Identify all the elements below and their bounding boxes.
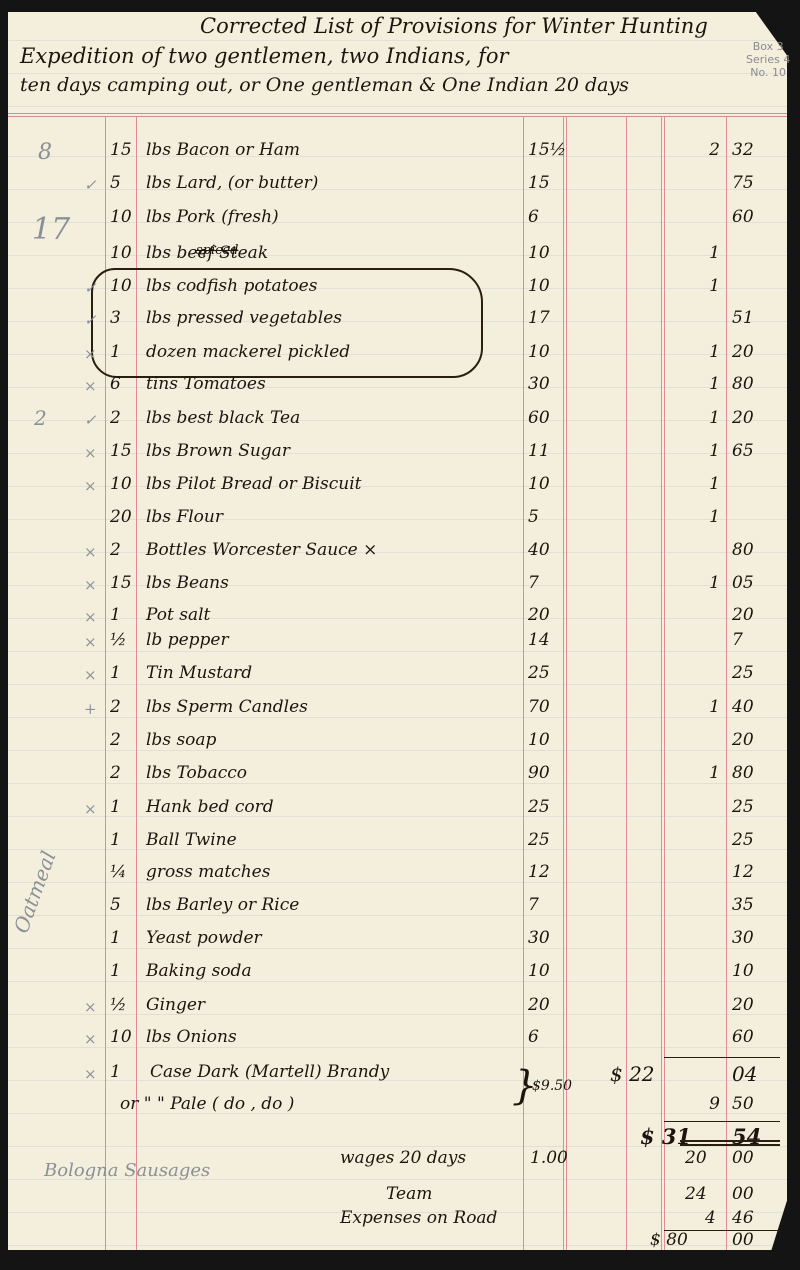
item-qty: 1 (110, 1062, 121, 1082)
item-cents: 25 (732, 830, 754, 850)
item-rate: 15½ (528, 140, 566, 160)
item-cents: 20 (732, 408, 754, 428)
item-cents: 80 (732, 374, 754, 394)
item-desc: lbs best black Tea (146, 408, 300, 428)
item-rate: 10 (528, 276, 550, 296)
brandy-line-2: or " " Pale ( do , do ) 9 50 (0, 1094, 800, 1124)
item-cents: 40 (732, 697, 754, 717)
item-qty: 20 (110, 507, 132, 527)
extra-dollars: 20 (685, 1148, 707, 1168)
item-cents: 25 (732, 797, 754, 817)
tally-mark: ✓ (84, 311, 97, 329)
brandy-price: $9.50 (532, 1078, 572, 1094)
tally-mark: ✓ (84, 176, 97, 194)
list-item: 2lbs soap1020 (0, 730, 800, 760)
list-item: ×1Tin Mustard2525 (0, 663, 800, 693)
item-qty: 5 (110, 895, 121, 915)
list-item: ✓3lbs pressed vegetables1751 (0, 308, 800, 338)
item-cents: 51 (732, 308, 754, 328)
item-desc: tins Tomatoes (146, 374, 266, 394)
item-qty: 2 (110, 697, 121, 717)
item-rate: 25 (528, 797, 550, 817)
item-desc: lbs Tobacco (146, 763, 247, 783)
item-dollars: 1 (700, 507, 720, 527)
item-qty: 15 (110, 441, 132, 461)
list-item: ×15lbs Beans7105 (0, 573, 800, 603)
list-item: 1Yeast powder3030 (0, 928, 800, 958)
list-item: 1Baking soda1010 (0, 961, 800, 991)
item-rate: 10 (528, 243, 550, 263)
item-cents: 35 (732, 895, 754, 915)
item-dollars: 1 (700, 441, 720, 461)
item-desc: lbs Sperm Candles (146, 697, 308, 717)
item-rate: 40 (528, 540, 550, 560)
double-rule (680, 1144, 780, 1146)
archive-label: Box 3 Series 4 No. 10 (746, 40, 790, 79)
grand-total: $ 80 00 (0, 1230, 800, 1260)
list-item: ×6tins Tomatoes30180 (0, 374, 800, 404)
item-qty: 15 (110, 140, 132, 160)
item-desc: Ginger (146, 995, 205, 1015)
title-line-3: ten days camping out, or One gentleman &… (20, 74, 629, 96)
item-cents: 80 (732, 763, 754, 783)
item-dollars: 1 (700, 573, 720, 593)
extra-label: Team (386, 1184, 432, 1204)
list-item: ¼gross matches1212 (0, 862, 800, 892)
item-rate: 60 (528, 408, 550, 428)
archive-number: No. 10 (746, 66, 790, 79)
item-cents: 25 (732, 663, 754, 683)
item-cents: 12 (732, 862, 754, 882)
item-desc: Case Dark (Martell) Brandy (150, 1062, 389, 1082)
list-item: ×1Hank bed cord2525 (0, 797, 800, 827)
list-item: ×2Bottles Worcester Sauce ×4080 (0, 540, 800, 570)
tally-mark: ✓ (84, 279, 97, 297)
item-rate: 7 (528, 573, 539, 593)
item-rate: 15 (528, 173, 550, 193)
item-rate: 90 (528, 763, 550, 783)
subtotal-rule (664, 1057, 780, 1058)
title-line-2: Expedition of two gentlemen, two Indians… (20, 44, 509, 68)
extra-label: Expenses on Road (340, 1208, 497, 1228)
extra-label: wages 20 days (340, 1148, 466, 1168)
item-dollars: 2 (700, 140, 720, 160)
header-rule-top (8, 113, 787, 114)
item-cents: 7 (732, 630, 743, 650)
item-rate: 30 (528, 928, 550, 948)
item-rate: 14 (528, 630, 550, 650)
tally-mark: × (84, 576, 97, 594)
item-cents: 65 (732, 441, 754, 461)
item-desc: lbs Bacon or Ham (146, 140, 300, 160)
item-cents: 20 (732, 342, 754, 362)
list-item: ×15lbs Brown Sugar11165 (0, 441, 800, 471)
item-rate: 7 (528, 895, 539, 915)
list-item: ✓5lbs Lard, (or butter)1575 (0, 173, 800, 203)
list-item: ×½lb pepper147 (0, 630, 800, 660)
item-desc: lbs Lard, (or butter) (146, 173, 318, 193)
tally-mark: × (84, 666, 97, 684)
item-rate: 10 (528, 474, 550, 494)
item-qty: 10 (110, 207, 132, 227)
item-cents: 20 (732, 995, 754, 1015)
item-qty: 10 (110, 1027, 132, 1047)
tally-mark: × (84, 1065, 97, 1083)
grand-total-dollars: $ 80 (650, 1230, 688, 1250)
item-cents: 75 (732, 173, 754, 193)
item-qty: 2 (110, 540, 121, 560)
item-cents: 60 (732, 1027, 754, 1047)
item-rate: 30 (528, 374, 550, 394)
item-desc: Baking soda (146, 961, 252, 981)
item-rate: 10 (528, 961, 550, 981)
item-qty: 1 (110, 961, 121, 981)
item-desc: lb pepper (146, 630, 229, 650)
item-dollars: 1 (700, 697, 720, 717)
item-rate: 10 (528, 342, 550, 362)
item-rate: 6 (528, 1027, 539, 1047)
list-item: 10lbs Pork (fresh)660 (0, 207, 800, 237)
subtotal-cents: 04 (732, 1062, 757, 1086)
list-item: 10spicedlbs beef Steak101 (0, 243, 800, 273)
item-qty: 3 (110, 308, 121, 328)
item-rate: 20 (528, 995, 550, 1015)
item-dollars: 1 (700, 474, 720, 494)
item-qty: 1 (110, 663, 121, 683)
double-rule (680, 1140, 780, 1142)
item-desc: lbs beef Steak (146, 243, 268, 263)
archive-series: Series 4 (746, 53, 790, 66)
item-rate: 12 (528, 862, 550, 882)
item-qty: 10 (110, 276, 132, 296)
item-cents: 80 (732, 540, 754, 560)
item-qty: ½ (110, 630, 126, 650)
item-rate: 17 (528, 308, 550, 328)
item-qty: 1 (110, 928, 121, 948)
extra-rate: 1.00 (530, 1148, 568, 1168)
item-qty: 1 (110, 797, 121, 817)
title-line-1: Corrected List of Provisions for Winter … (200, 14, 708, 38)
item-desc: Pot salt (146, 605, 210, 625)
item-qty: 2 (110, 763, 121, 783)
extra-cents: 46 (732, 1208, 754, 1228)
item-rate: 5 (528, 507, 539, 527)
item-qty: 2 (110, 408, 121, 428)
item-qty: 5 (110, 173, 121, 193)
item-rate: 70 (528, 697, 550, 717)
item-dollars: 1 (700, 408, 720, 428)
item-qty: 2 (110, 730, 121, 750)
list-item: ×1dozen mackerel pickled10120 (0, 342, 800, 372)
item-qty: ½ (110, 995, 126, 1015)
item-desc: lbs Brown Sugar (146, 441, 290, 461)
item-desc: lbs soap (146, 730, 216, 750)
item-dollars: 1 (700, 763, 720, 783)
tally-mark: × (84, 444, 97, 462)
item-rate: 25 (528, 830, 550, 850)
tally-mark: × (84, 345, 97, 363)
item-qty: ¼ (110, 862, 126, 882)
tally-mark: × (84, 998, 97, 1016)
list-item: 20lbs Flour51 (0, 507, 800, 537)
item-qty: 6 (110, 374, 121, 394)
tally-mark: × (84, 800, 97, 818)
item-desc: Bottles Worcester Sauce × (146, 540, 377, 560)
item-qty: 1 (110, 342, 121, 362)
brandy-dollars: 9 (700, 1094, 720, 1114)
item-dollars: 1 (700, 374, 720, 394)
list-item: ×½Ginger2020 (0, 995, 800, 1025)
item-qty: 10 (110, 474, 132, 494)
tally-mark: × (84, 633, 97, 651)
extra-dollars: 4 (705, 1208, 716, 1228)
item-cents: 10 (732, 961, 754, 981)
extra-cents: 00 (732, 1148, 754, 1168)
tally-mark: × (84, 543, 97, 561)
list-item: 15lbs Bacon or Ham15½232 (0, 140, 800, 170)
tally-mark: × (84, 608, 97, 626)
list-item: 5lbs Barley or Rice735 (0, 895, 800, 925)
item-cents: 32 (732, 140, 754, 160)
item-rate: 10 (528, 730, 550, 750)
list-item: 2lbs Tobacco90180 (0, 763, 800, 793)
item-desc: lbs Pork (fresh) (146, 207, 279, 227)
extra-dollars: 24 (685, 1184, 707, 1204)
item-desc: lbs Onions (146, 1027, 237, 1047)
list-item: ×10lbs Onions660 (0, 1027, 800, 1057)
item-cents: 05 (732, 573, 754, 593)
list-item: 1Ball Twine2525 (0, 830, 800, 860)
item-desc: Tin Mustard (146, 663, 252, 683)
extra-wages: wages 20 days 1.00 20 00 (0, 1148, 800, 1178)
item-desc: Ball Twine (146, 830, 237, 850)
list-item: ×10lbs Pilot Bread or Biscuit101 (0, 474, 800, 504)
item-desc: Hank bed cord (146, 797, 274, 817)
item-desc: lbs codfish potatoes (146, 276, 317, 296)
item-rate: 20 (528, 605, 550, 625)
grand-total-cents: 00 (732, 1230, 754, 1250)
item-desc: lbs pressed vegetables (146, 308, 342, 328)
item-dollars: 1 (700, 342, 720, 362)
extra-cents: 00 (732, 1184, 754, 1204)
tally-mark: × (84, 377, 97, 395)
archive-box: Box 3 (746, 40, 790, 53)
item-qty: 1 (110, 605, 121, 625)
tally-mark: × (84, 477, 97, 495)
subtotal-dollars: $ 22 (610, 1062, 655, 1086)
item-desc: lbs Flour (146, 507, 223, 527)
item-desc: dozen mackerel pickled (146, 342, 350, 362)
item-desc: lbs Beans (146, 573, 229, 593)
list-item: ✓10lbs codfish potatoes101 (0, 276, 800, 306)
tally-mark: + (84, 700, 97, 718)
item-cents: 30 (732, 928, 754, 948)
item-qty: 10 (110, 243, 132, 263)
item-desc: gross matches (146, 862, 270, 882)
list-item: ✓2lbs best black Tea60120 (0, 408, 800, 438)
item-desc: or " " Pale ( do , do ) (120, 1094, 294, 1114)
item-dollars: 1 (700, 276, 720, 296)
item-rate: 25 (528, 663, 550, 683)
list-item: +2lbs Sperm Candles70140 (0, 697, 800, 727)
item-qty: 15 (110, 573, 132, 593)
brandy-cents: 50 (732, 1094, 754, 1114)
tally-mark: ✓ (84, 411, 97, 429)
brandy-line-1: × 1 Case Dark (Martell) Brandy $ 22 04 (0, 1062, 800, 1092)
item-qty: 1 (110, 830, 121, 850)
item-cents: 20 (732, 730, 754, 750)
item-rate: 6 (528, 207, 539, 227)
item-dollars: 1 (700, 243, 720, 263)
item-desc: lbs Barley or Rice (146, 895, 299, 915)
item-cents: 60 (732, 207, 754, 227)
total-rule (664, 1121, 780, 1122)
header-rule-bottom (8, 116, 787, 117)
item-desc: lbs Pilot Bread or Biscuit (146, 474, 362, 494)
item-rate: 11 (528, 441, 550, 461)
item-desc: Yeast powder (146, 928, 262, 948)
tally-mark: × (84, 1030, 97, 1048)
item-cents: 20 (732, 605, 754, 625)
